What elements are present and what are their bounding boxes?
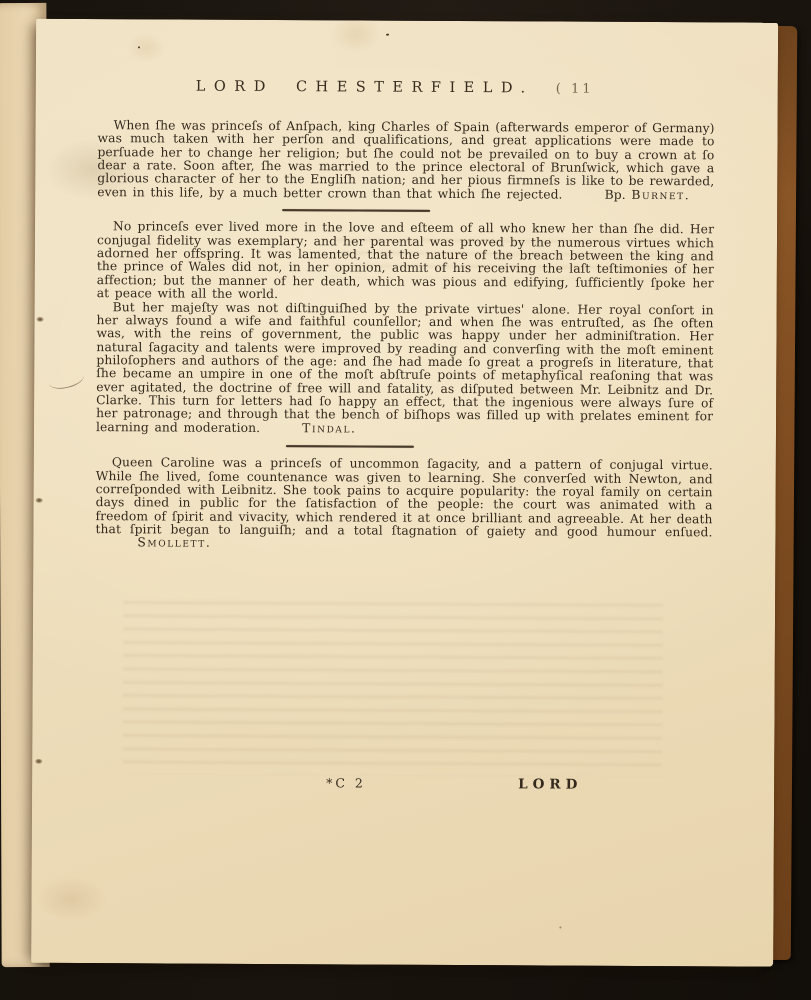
- paragraph-tindal-2: But her majeſty was not diſtinguiſhed by…: [96, 301, 714, 438]
- section-divider-rule: [286, 445, 414, 448]
- paper-speck: [138, 46, 140, 48]
- text-block: When ſhe was princeſs of Anſpach, king C…: [95, 119, 714, 553]
- section-divider-rule: [282, 209, 430, 212]
- page-number: ( 11: [556, 82, 594, 97]
- direction-line: *C 2 LORD: [94, 774, 711, 797]
- binding-hole: [36, 498, 43, 503]
- paper-fiber: [47, 367, 86, 392]
- paragraph-smollett: Queen Caroline was a princeſs of uncommo…: [95, 456, 712, 553]
- binding-hole: [35, 759, 42, 764]
- attribution-burnet: Bp. Burnet.: [605, 188, 691, 202]
- paragraph-text: But her majeſty was not diſtinguiſhed by…: [96, 300, 714, 435]
- attribution-smollett: Smollett.: [137, 537, 211, 551]
- book-page: LORD CHESTERFIELD. ( 11 When ſhe was pri…: [31, 19, 778, 967]
- book-photograph: LORD CHESTERFIELD. ( 11 When ſhe was pri…: [0, 0, 811, 1000]
- paper-speck: [559, 927, 561, 929]
- paragraph-text: No princeſs ever lived more in the love …: [97, 220, 714, 302]
- page-title: LORD CHESTERFIELD.: [196, 79, 534, 97]
- attribution-name: Tindal.: [302, 421, 357, 435]
- attribution-name: Burnet.: [631, 188, 690, 202]
- paragraph-text: Queen Caroline was a princeſs of uncommo…: [95, 456, 712, 540]
- paragraph-burnet: When ſhe was princeſs of Anſpach, king C…: [97, 119, 714, 202]
- attribution-name: Smollett.: [137, 536, 211, 550]
- binding-hole: [37, 317, 44, 322]
- catchword: LORD: [518, 776, 582, 792]
- paper-speck: [386, 34, 389, 36]
- paper-speck: [707, 154, 709, 156]
- signature-mark: *C 2: [326, 775, 366, 790]
- attribution-prefix: Bp.: [605, 187, 626, 201]
- paragraph-tindal-1: No princeſs ever lived more in the love …: [97, 221, 714, 304]
- verso-showthrough: [122, 594, 663, 777]
- attribution-tindal: Tindal.: [302, 422, 357, 436]
- running-head: LORD CHESTERFIELD. ( 11: [36, 78, 778, 104]
- page-surface: LORD CHESTERFIELD. ( 11 When ſhe was pri…: [31, 19, 778, 967]
